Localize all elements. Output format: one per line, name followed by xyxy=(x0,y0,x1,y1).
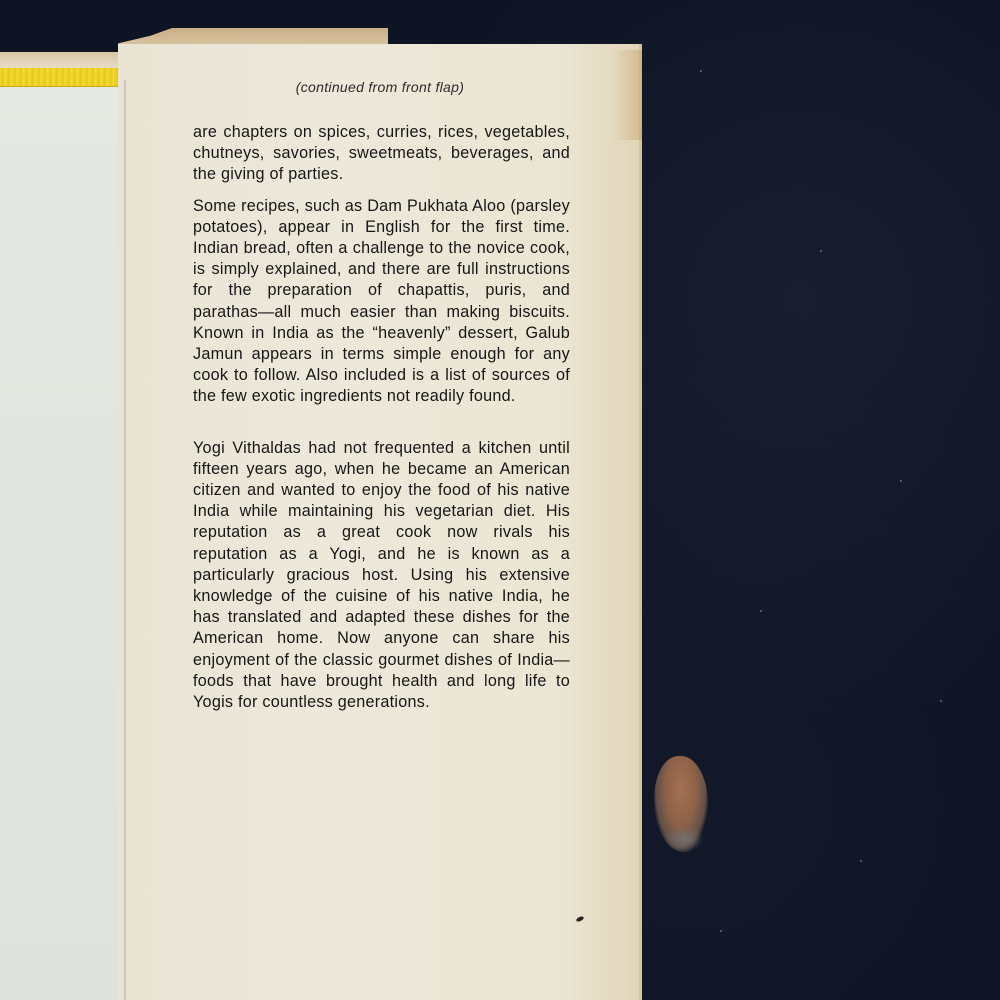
yellow-headband xyxy=(0,68,120,86)
page-top-edge xyxy=(0,52,126,68)
flap-corner-wear xyxy=(612,50,642,140)
dust-speck xyxy=(700,70,702,72)
paint-stain-gray xyxy=(664,826,704,852)
dust-speck xyxy=(820,250,822,252)
paragraph-author-bio: Yogi Vithaldas had not frequented a kitc… xyxy=(193,438,570,714)
flap-body-text: are chapters on spices, curries, rices, … xyxy=(193,122,570,723)
dust-speck xyxy=(760,610,762,612)
dust-speck xyxy=(720,930,722,932)
dust-speck xyxy=(940,700,942,702)
paragraph-chapters: are chapters on spices, curries, rices, … xyxy=(193,122,570,186)
dust-speck xyxy=(860,860,862,862)
paragraph-recipes: Some recipes, such as Dam Pukhata Aloo (… xyxy=(193,196,570,408)
flap-continuation-note: (continued from front flap) xyxy=(118,79,642,95)
dust-speck xyxy=(900,480,902,482)
page-crease xyxy=(124,80,126,1000)
inner-book-page xyxy=(0,52,126,1000)
